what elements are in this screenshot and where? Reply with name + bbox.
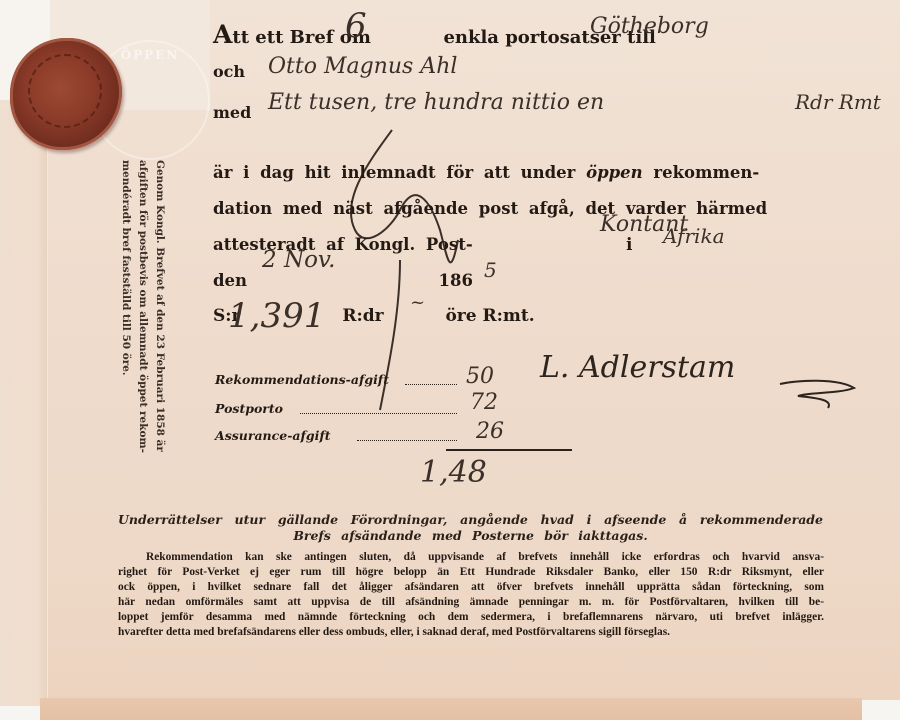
- dotted-leader: [405, 384, 457, 385]
- handwritten-date: 2 Nov.: [262, 247, 336, 273]
- dotted-leader: [300, 413, 457, 414]
- notice-line: här nedan omförmäles samt att uppvisa de…: [118, 595, 824, 610]
- notice-line: Rekommendation kan ske antingen sluten, …: [118, 550, 824, 565]
- notice-title-line: Brefs afsändande med Posterne bör iaktta…: [118, 528, 823, 544]
- label-och: och: [213, 62, 245, 81]
- notice-body: Rekommendation kan ske antingen sluten, …: [118, 550, 824, 640]
- emboss-text: ÖPPEN: [121, 48, 180, 62]
- signature: L. Adlerstam: [540, 350, 735, 385]
- side-note-line: mendéradt bref fastställd till 50 öre.: [117, 160, 134, 490]
- body-line-4: den 186: [213, 271, 473, 290]
- body-italic: öppen: [586, 163, 643, 182]
- body-text: i: [626, 235, 632, 254]
- signature-flourish-icon: [778, 378, 858, 414]
- document-page: ÖPPEN Att ett Bref om enkla portosatser …: [0, 0, 900, 720]
- notice-title: Underrättelser utur gällande Förordninga…: [118, 512, 823, 544]
- side-note-line: afgiften för postbevis om allemnadt öppe…: [134, 160, 151, 490]
- side-note-line: Genom Kongl. Brefvet af den 23 Februari …: [151, 160, 168, 490]
- background-corner: [862, 700, 900, 720]
- date-label: den: [213, 271, 247, 290]
- handwritten-year-digit: 5: [484, 258, 497, 282]
- dotted-leader: [357, 440, 457, 441]
- handwritten-currency: Rdr Rmt: [795, 90, 881, 114]
- side-note-vertical: Genom Kongl. Brefvet af den 23 Februari …: [108, 160, 168, 490]
- fee-value-postporto: 72: [470, 390, 498, 415]
- handwritten-ore-dash: ~: [410, 292, 425, 313]
- fee-label-postporto: Postporto: [215, 401, 283, 416]
- background-corner: [0, 706, 40, 720]
- body-text: attesteradt af Kongl. Post-: [213, 235, 473, 254]
- body-text: är i dag hit inlemnadt för att under: [213, 163, 575, 182]
- fee-label-assurance: Assurance-afgift: [215, 428, 331, 443]
- label-med: med: [213, 103, 251, 122]
- notice-title-line: Underrättelser utur gällande Förordninga…: [118, 512, 823, 528]
- handwritten-destination: Götheborg: [590, 14, 709, 39]
- handwritten-amount-words: Ett tusen, tre hundra nittio en: [268, 90, 604, 115]
- handwritten-count: 6: [345, 6, 367, 46]
- year-prefix: 186: [439, 271, 473, 290]
- fee-value-assurance: 26: [476, 419, 504, 444]
- notice-line: loppet jemför desamma med nämnde förteck…: [118, 610, 824, 625]
- notice-line: ock öppen, i hvilket sednare fall det ål…: [118, 580, 824, 595]
- fee-value-rekommendation: 50: [466, 364, 494, 389]
- fee-total: 1,48: [420, 455, 487, 490]
- notice-line: hvarefter detta med brefafsändarens elle…: [118, 625, 824, 640]
- handwritten-sum: 1,391: [228, 296, 325, 336]
- total-rule: [446, 449, 572, 451]
- fee-label-rekommendation: Rekommendations-afgift: [215, 372, 389, 387]
- initial-letter: A: [213, 20, 232, 49]
- body-line-1: är i dag hit inlemnadt för att under öpp…: [213, 163, 759, 182]
- notice-line: righet för Post-Verket ej eger rum till …: [118, 565, 824, 580]
- ore-label: öre R:mt.: [445, 306, 534, 326]
- body-text: rekommen-: [653, 163, 759, 182]
- paper-fold: [0, 110, 48, 715]
- handwritten-place: Afrika: [663, 224, 725, 248]
- rdr-label: R:dr: [342, 306, 383, 326]
- paper-bottom-edge: [40, 698, 862, 720]
- handwritten-recipient: Otto Magnus Ahl: [268, 54, 457, 79]
